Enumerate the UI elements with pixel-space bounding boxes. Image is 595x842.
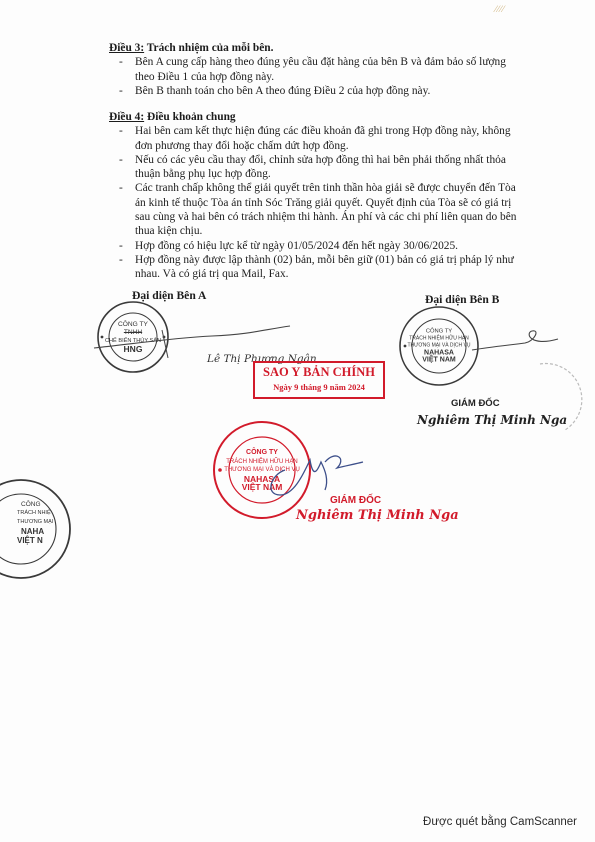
scanner-watermark: Được quét bằng CamScanner: [423, 816, 577, 828]
edge-stamp: CÔNG TRÁCH NHIỆ THƯƠNG MẠI NAHA VIỆT N: [0, 478, 72, 580]
clause-item: Hai bên cam kết thực hiện đúng các điều …: [109, 124, 521, 153]
clause-item: Nếu có các yêu cầu thay đổi, chỉnh sửa h…: [109, 153, 521, 182]
clause-item: Các tranh chấp không thể giải quyết trên…: [109, 181, 521, 238]
clause-item: Hợp đồng có hiệu lực kể từ ngày 01/05/20…: [109, 239, 521, 253]
party-b-stamp: CÔNG TY TRÁCH NHIỆM HỮU HẠN THƯƠNG MẠI V…: [398, 305, 480, 387]
partial-stamp-icon: [535, 360, 595, 440]
article-3-items: Bên A cung cấp hàng theo đúng yêu cầu đặ…: [109, 55, 509, 98]
scan-mark: ⁄⁄⁄⁄: [495, 4, 535, 14]
certified-copy-stamp: SAO Y BẢN CHÍNH Ngày 9 tháng 9 năm 2024: [253, 361, 385, 399]
red-stamp-signer-name: Nghiêm Thị Minh Nga: [296, 508, 459, 523]
red-stamp-title: GIÁM ĐỐC: [330, 495, 381, 506]
article-3-heading: Điều 3: Trách nhiệm của mỗi bên.: [109, 41, 509, 55]
party-b-title: GIÁM ĐỐC: [451, 398, 500, 409]
clause-item: Bên A cung cấp hàng theo đúng yêu cầu đặ…: [109, 55, 509, 84]
article-3: Điều 3: Trách nhiệm của mỗi bên. Bên A c…: [109, 41, 509, 98]
party-b-signature: [470, 325, 560, 365]
certified-copy-date: Ngày 9 tháng 9 năm 2024: [255, 381, 383, 393]
article-4-heading: Điều 4: Điều khoản chung: [109, 110, 521, 124]
document-page: ⁄⁄⁄⁄ Điều 3: Trách nhiệm của mỗi bên. Bê…: [0, 0, 595, 842]
clause-item: Hợp đồng này được lập thành (02) bản, mỗ…: [109, 253, 521, 282]
article-4-items: Hai bên cam kết thực hiện đúng các điều …: [109, 124, 521, 281]
party-a-signature: [92, 318, 292, 358]
party-b-signer-name: Nghiêm Thị Minh Nga: [417, 413, 567, 427]
clause-item: Bên B thanh toán cho bên A theo đúng Điề…: [109, 84, 509, 98]
article-4: Điều 4: Điều khoản chung Hai bên cam kết…: [109, 110, 521, 282]
